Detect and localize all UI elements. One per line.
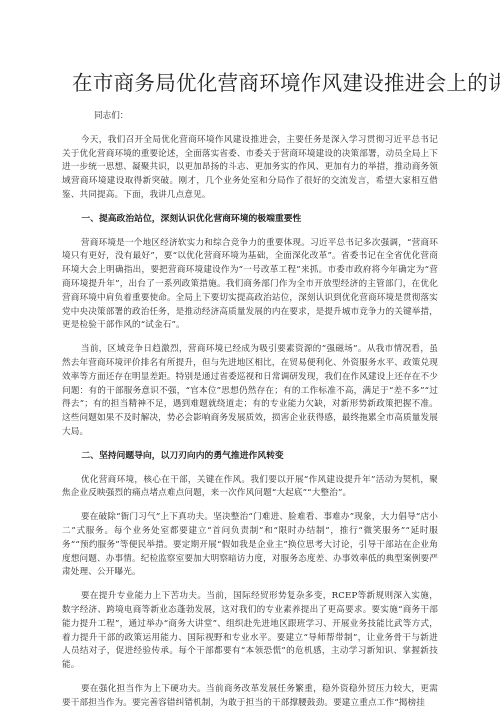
document-title: 在市商务局优化营商环境作风建设推进会上的讲话 (72, 70, 438, 96)
section-1: 一、提高政治站位，深刻认识优化营商环境的极端重要性 营商环境是一个地区经济软实力… (62, 213, 438, 440)
section-heading: 一、提高政治站位，深刻认识优化营商环境的极端重要性 (62, 213, 438, 227)
intro-paragraph: 今天，我们召开全局优化营商环境作风建设推进会，主要任务是深入学习贯彻习近平总书记… (62, 134, 438, 203)
body-paragraph: 营商环境是一个地区经济软实力和综合竞争力的重要体现。习近平总书记多次强调，“营商… (62, 237, 438, 334)
document-page: 在市商务局优化营商环境作风建设推进会上的讲话 同志们： 今天，我们召开全局优化营… (0, 0, 500, 707)
body-paragraph: 要在破除“衙门习气”上下真功夫。坚决整治“门难进、脸难看、事难办”现象，大力倡导… (62, 511, 438, 580)
salutation: 同志们： (62, 110, 438, 124)
body-paragraph: 当前，区域竞争日趋激烈，营商环境已经成为吸引要素资源的“强磁场”。从我市情况看，… (62, 343, 438, 440)
body-paragraph: 优化营商环境，核心在干部，关键在作风。我们要以开展“作风建设提升年”活动为契机，… (62, 474, 438, 502)
body-paragraph: 要在提升专业能力上下苦功夫。当前，国际经贸形势复杂多变，RCEP等新规则深入实施… (62, 590, 438, 673)
section-2: 二、坚持问题导向，以刀刃向内的勇气推进作风转变 优化营商环境，核心在干部，关键在… (62, 450, 438, 707)
body-paragraph: 要在强化担当作为上下硬功夫。当前商务改革发展任务繁重，稳外资稳外贸压力较大，更需… (62, 683, 438, 707)
section-heading: 二、坚持问题导向，以刀刃向内的勇气推进作风转变 (62, 450, 438, 464)
